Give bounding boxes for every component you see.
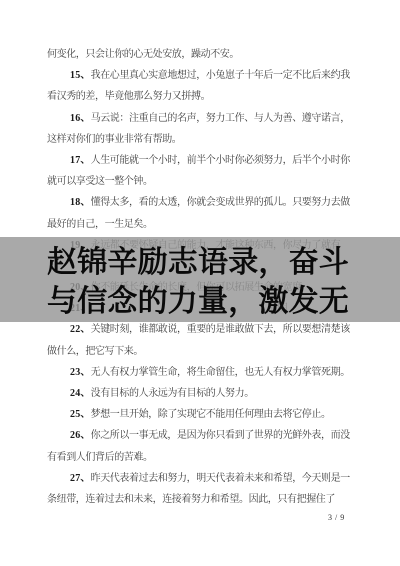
- quote-text: 懂得太多，看的太透，你就会变成世界的孤儿。只要努力去做: [91, 197, 350, 208]
- quote-text: 没有目标的人永远为有目标的人努力。: [91, 388, 254, 399]
- quote-text: 你之所以一事无成，是因为你只看到了世界的光鲜外表，而没: [91, 430, 350, 441]
- quote-line: 27、昨天代表着过去和努力，明天代表着未来和希望，今天则是一: [47, 468, 387, 489]
- quote-line: 这样对你们的事业非常有帮助。: [47, 129, 387, 150]
- quote-number: 25、: [70, 409, 91, 420]
- quote-line: 17、人生可能就一个小时，前半个小时你必须努力，后半个小时你: [47, 150, 387, 171]
- quote-number: 22、: [70, 324, 91, 335]
- quote-number: 16、: [70, 113, 91, 124]
- title-banner-overlay: 赵锦辛励志语录，奋斗 与信念的力量，激发无: [0, 237, 400, 322]
- quote-number: 17、: [70, 155, 91, 166]
- quote-line: 15、我在心里真心实意地想过，小兔崽子十年后一定不比后来约我: [47, 65, 387, 86]
- quote-line: 24、没有目标的人永远为有目标的人努力。: [47, 383, 387, 404]
- quote-number: 24、: [70, 388, 91, 399]
- quote-text: 人生可能就一个小时，前半个小时你必须努力，后半个小时你: [91, 155, 350, 166]
- quote-line: 有看到人们背后的苦难。: [47, 447, 387, 468]
- quote-text: 看汉秀的差，毕竟他那么努力又拼搏。: [47, 91, 210, 102]
- quote-text: 关键时刻，谁都敢说，重要的是谁敢做下去，所以要想清楚该: [91, 324, 350, 335]
- banner-title-line2: 与信念的力量，激发无: [0, 282, 400, 321]
- quote-text: 昨天代表着过去和努力，明天代表着未来和希望，今天则是一: [91, 473, 350, 484]
- quote-line: 26、你之所以一事无成，是因为你只看到了世界的光鲜外表，而没: [47, 425, 387, 446]
- quote-text: 做什么，把它写下来。: [47, 346, 143, 357]
- quote-line: 最好的自己，一生足矣。: [47, 214, 387, 235]
- quote-line: 23、无人有权力掌管生命，将生命留住，也无人有权力掌管死期。: [47, 362, 387, 383]
- banner-title-line1: 赵锦辛励志语录，奋斗: [0, 237, 400, 282]
- quote-text: 条纽带，连着过去和未来，连接着努力和希望。因此，只有把握住了: [47, 494, 335, 505]
- quote-number: 15、: [70, 70, 91, 81]
- document-page: 何变化，只会让你的心无处安放，躁动不安。15、我在心里真心实意地想过，小兔崽子十…: [0, 0, 400, 566]
- quote-text: 无人有权力掌管生命，将生命留住，也无人有权力掌管死期。: [91, 367, 350, 378]
- quote-number: 26、: [70, 430, 91, 441]
- quote-line: 做什么，把它写下来。: [47, 341, 387, 362]
- quote-line: 就可以享受这一整个钟。: [47, 171, 387, 192]
- quote-line: 看汉秀的差，毕竟他那么努力又拼搏。: [47, 86, 387, 107]
- quote-text: 这样对你们的事业非常有帮助。: [47, 134, 181, 145]
- page-number: 3 / 9: [328, 513, 345, 522]
- quote-number: 27、: [70, 473, 91, 484]
- quote-text: 就可以享受这一整个钟。: [47, 176, 153, 187]
- quote-number: 18、: [70, 197, 91, 208]
- quote-line: 18、懂得太多，看的太透，你就会变成世界的孤儿。只要努力去做: [47, 192, 387, 213]
- quote-line: 16、马云说：注重自己的名声，努力工作、与人为善、遵守诺言，: [47, 108, 387, 129]
- quote-text: 有看到人们背后的苦难。: [47, 452, 153, 463]
- quote-text: 我在心里真心实意地想过，小兔崽子十年后一定不比后来约我: [91, 70, 350, 81]
- quote-text: 最好的自己，一生足矣。: [47, 219, 153, 230]
- quote-line: 22、关键时刻，谁都敢说，重要的是谁敢做下去，所以要想清楚该: [47, 319, 387, 340]
- quote-line: 条纽带，连着过去和未来，连接着努力和希望。因此，只有把握住了: [47, 489, 387, 510]
- quote-line: 25、梦想一旦开始，除了实现它不能用任何理由去将它停止。: [47, 404, 387, 425]
- quote-line: 何变化，只会让你的心无处安放，躁动不安。: [47, 44, 387, 65]
- quote-text: 梦想一旦开始，除了实现它不能用任何理由去将它停止。: [91, 409, 331, 420]
- quote-text: 何变化，只会让你的心无处安放，躁动不安。: [47, 49, 239, 60]
- quote-text: 马云说：注重自己的名声，努力工作、与人为善、遵守诺言，: [91, 113, 350, 124]
- quote-number: 23、: [70, 367, 91, 378]
